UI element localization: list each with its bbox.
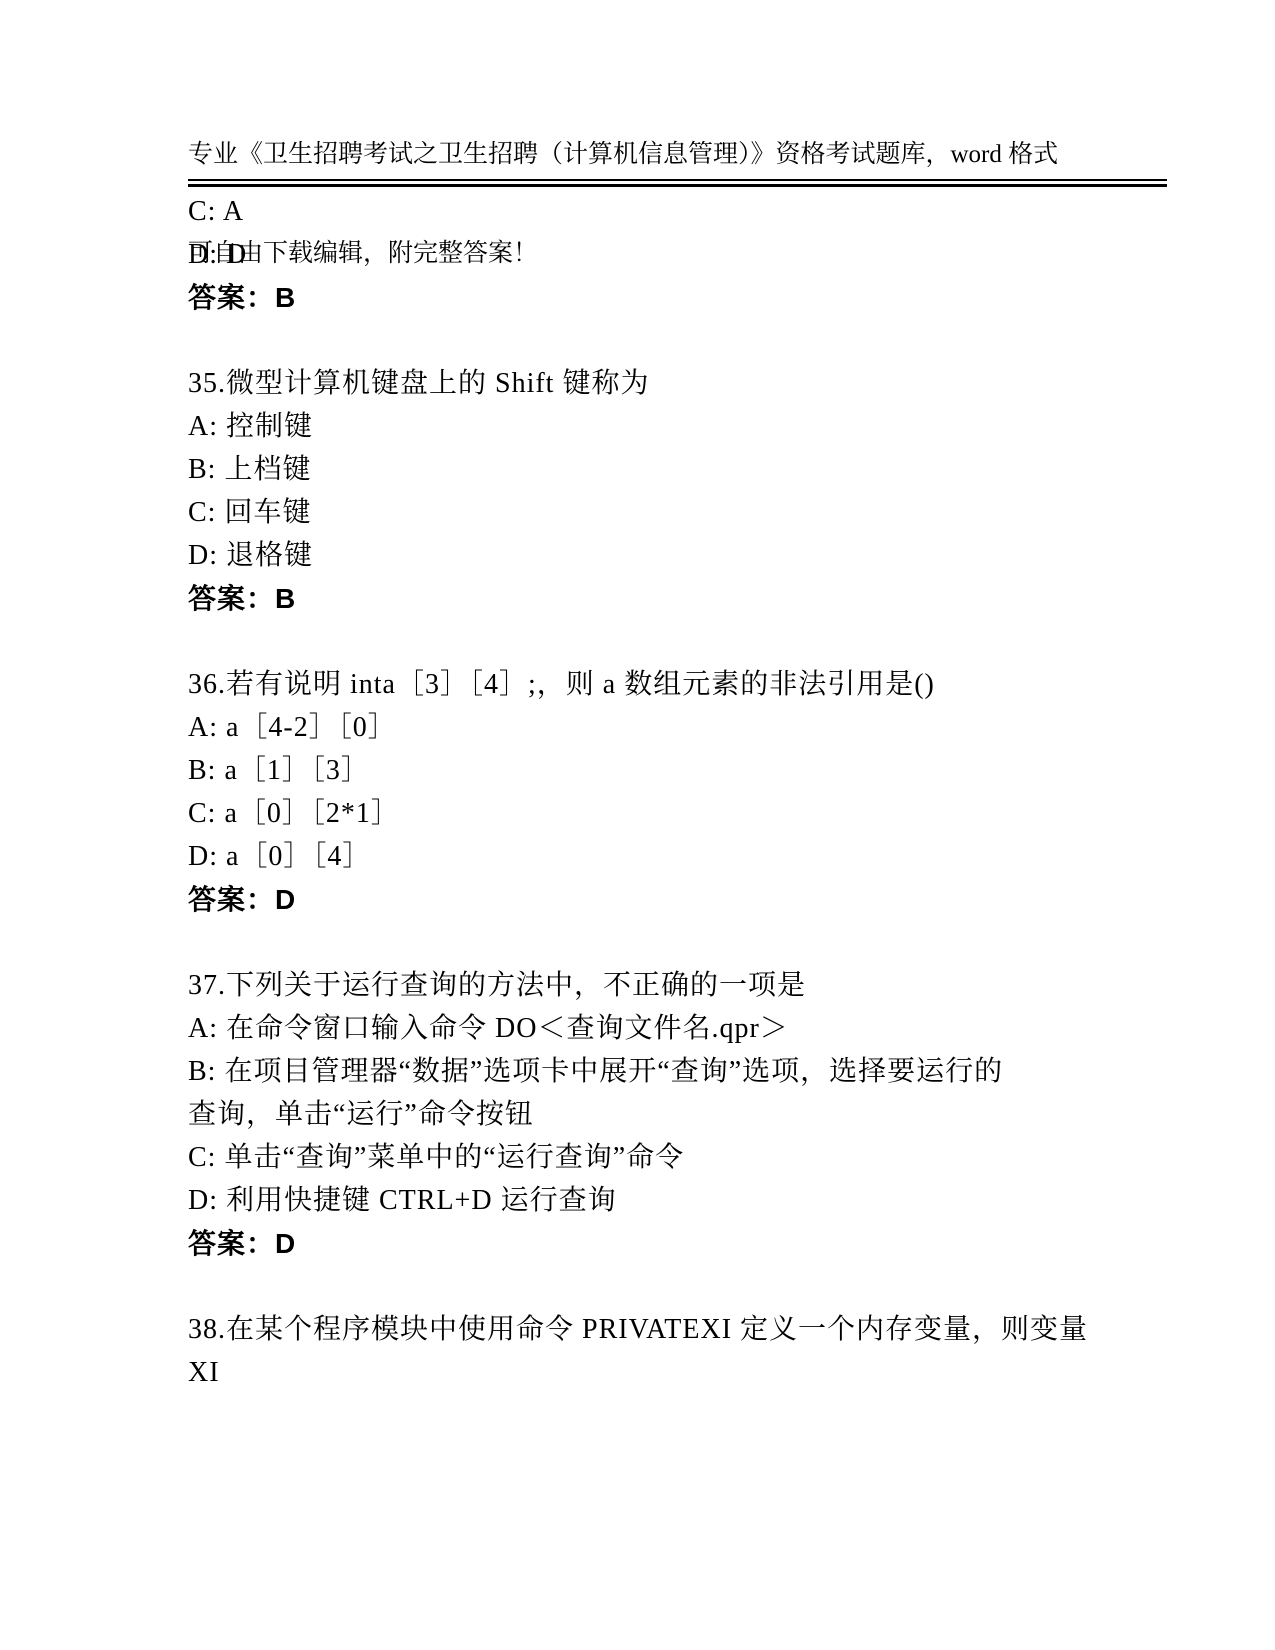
question-text-line: C: A xyxy=(188,190,1188,233)
question-text-line: A: a［4-2］［0］ xyxy=(188,706,1188,749)
question-text-line: 查询，单击“运行”命令按钮 xyxy=(188,1093,1188,1136)
question-text-line: 37.下列关于运行查询的方法中，不正确的一项是 xyxy=(188,964,1188,1007)
paragraph-spacer xyxy=(188,1265,1188,1308)
document-page: { "page": { "background": "#ffffff", "te… xyxy=(0,0,1275,1650)
question-text-line: C: a［0］［2*1］ xyxy=(188,792,1188,835)
answer-line: 答案：D xyxy=(188,878,1188,921)
paragraph-spacer xyxy=(188,921,1188,964)
answer-line: 答案：B xyxy=(188,577,1188,620)
paragraph-spacer xyxy=(188,620,1188,663)
question-text-line: C: 单击“查询”菜单中的“运行查询”命令 xyxy=(188,1136,1188,1179)
paragraph-spacer xyxy=(188,319,1188,362)
question-text-line: B: 上档键 xyxy=(188,448,1188,491)
question-text-line: D: a［0］［4］ xyxy=(188,835,1188,878)
question-text-line: D: 利用快捷键 CTRL+D 运行查询 xyxy=(188,1179,1188,1222)
question-text-line: B: 在项目管理器“数据”选项卡中展开“查询”选项，选择要运行的 xyxy=(188,1050,1188,1093)
question-text-line: D: 退格键 xyxy=(188,534,1188,577)
question-text-line: 35.微型计算机键盘上的 Shift 键称为 xyxy=(188,362,1188,405)
question-text-line: B: a［1］［3］ xyxy=(188,749,1188,792)
header-divider-rule xyxy=(188,179,1167,187)
answer-line: 答案：D xyxy=(188,1222,1188,1265)
answer-line: 答案：B xyxy=(188,276,1188,319)
header-text-line: 专业《卫生招聘考试之卫生招聘（计算机信息管理）》资格考试题库，word 格式 xyxy=(188,138,1168,171)
question-text-line: A: 在命令窗口输入命令 DO＜查询文件名.qpr＞ xyxy=(188,1007,1188,1050)
question-text-line: 38.在某个程序模块中使用命令 PRIVATEXI 定义一个内存变量，则变量 xyxy=(188,1308,1188,1351)
question-text-line: XI xyxy=(188,1351,1188,1394)
question-text-line: C: 回车键 xyxy=(188,491,1188,534)
question-text-line: 36.若有说明 inta［3］［4］;，则 a 数组元素的非法引用是() xyxy=(188,663,1188,706)
question-text-line: D: D xyxy=(188,233,1188,276)
document-body: C: AD: D答案：B35.微型计算机键盘上的 Shift 键称为A: 控制键… xyxy=(188,190,1188,1394)
question-text-line: A: 控制键 xyxy=(188,405,1188,448)
